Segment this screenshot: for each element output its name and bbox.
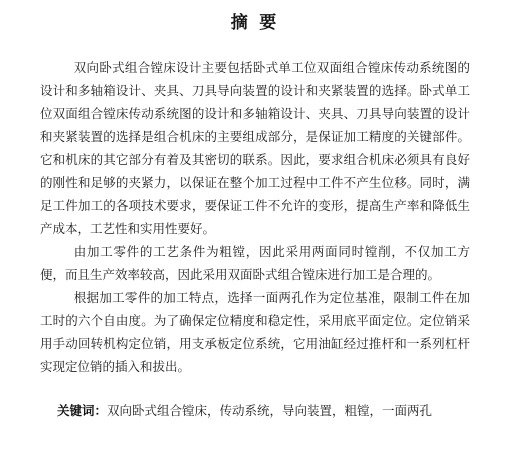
abstract-title: 摘 要: [0, 8, 508, 33]
abstract-paragraph-3: 根据加工零件的加工特点，选择一面两孔作为定位基准，限制工件在加工时的六个自由度。…: [40, 287, 470, 379]
abstract-page: 摘 要 双向卧式组合镗床设计主要包括卧式单工位双面组合镗床传动系统图的设计和多轴…: [0, 0, 508, 469]
abstract-paragraph-2: 由加工零件的工艺条件为粗镗，因此采用两面同时镗削，不仅加工方便，而且生产效率较高…: [40, 241, 470, 287]
abstract-body: 双向卧式组合镗床设计主要包括卧式单工位双面组合镗床传动系统图的设计和多轴箱设计、…: [0, 57, 508, 423]
keywords-text: 双向卧式组合镗床，传动系统，导向装置，粗镗，一面两孔: [107, 404, 432, 418]
keywords-line: 关键词：双向卧式组合镗床，传动系统，导向装置，粗镗，一面两孔: [40, 400, 470, 423]
abstract-paragraph-1: 双向卧式组合镗床设计主要包括卧式单工位双面组合镗床传动系统图的设计和多轴箱设计、…: [40, 57, 470, 241]
keywords-label: 关键词：: [57, 404, 107, 418]
